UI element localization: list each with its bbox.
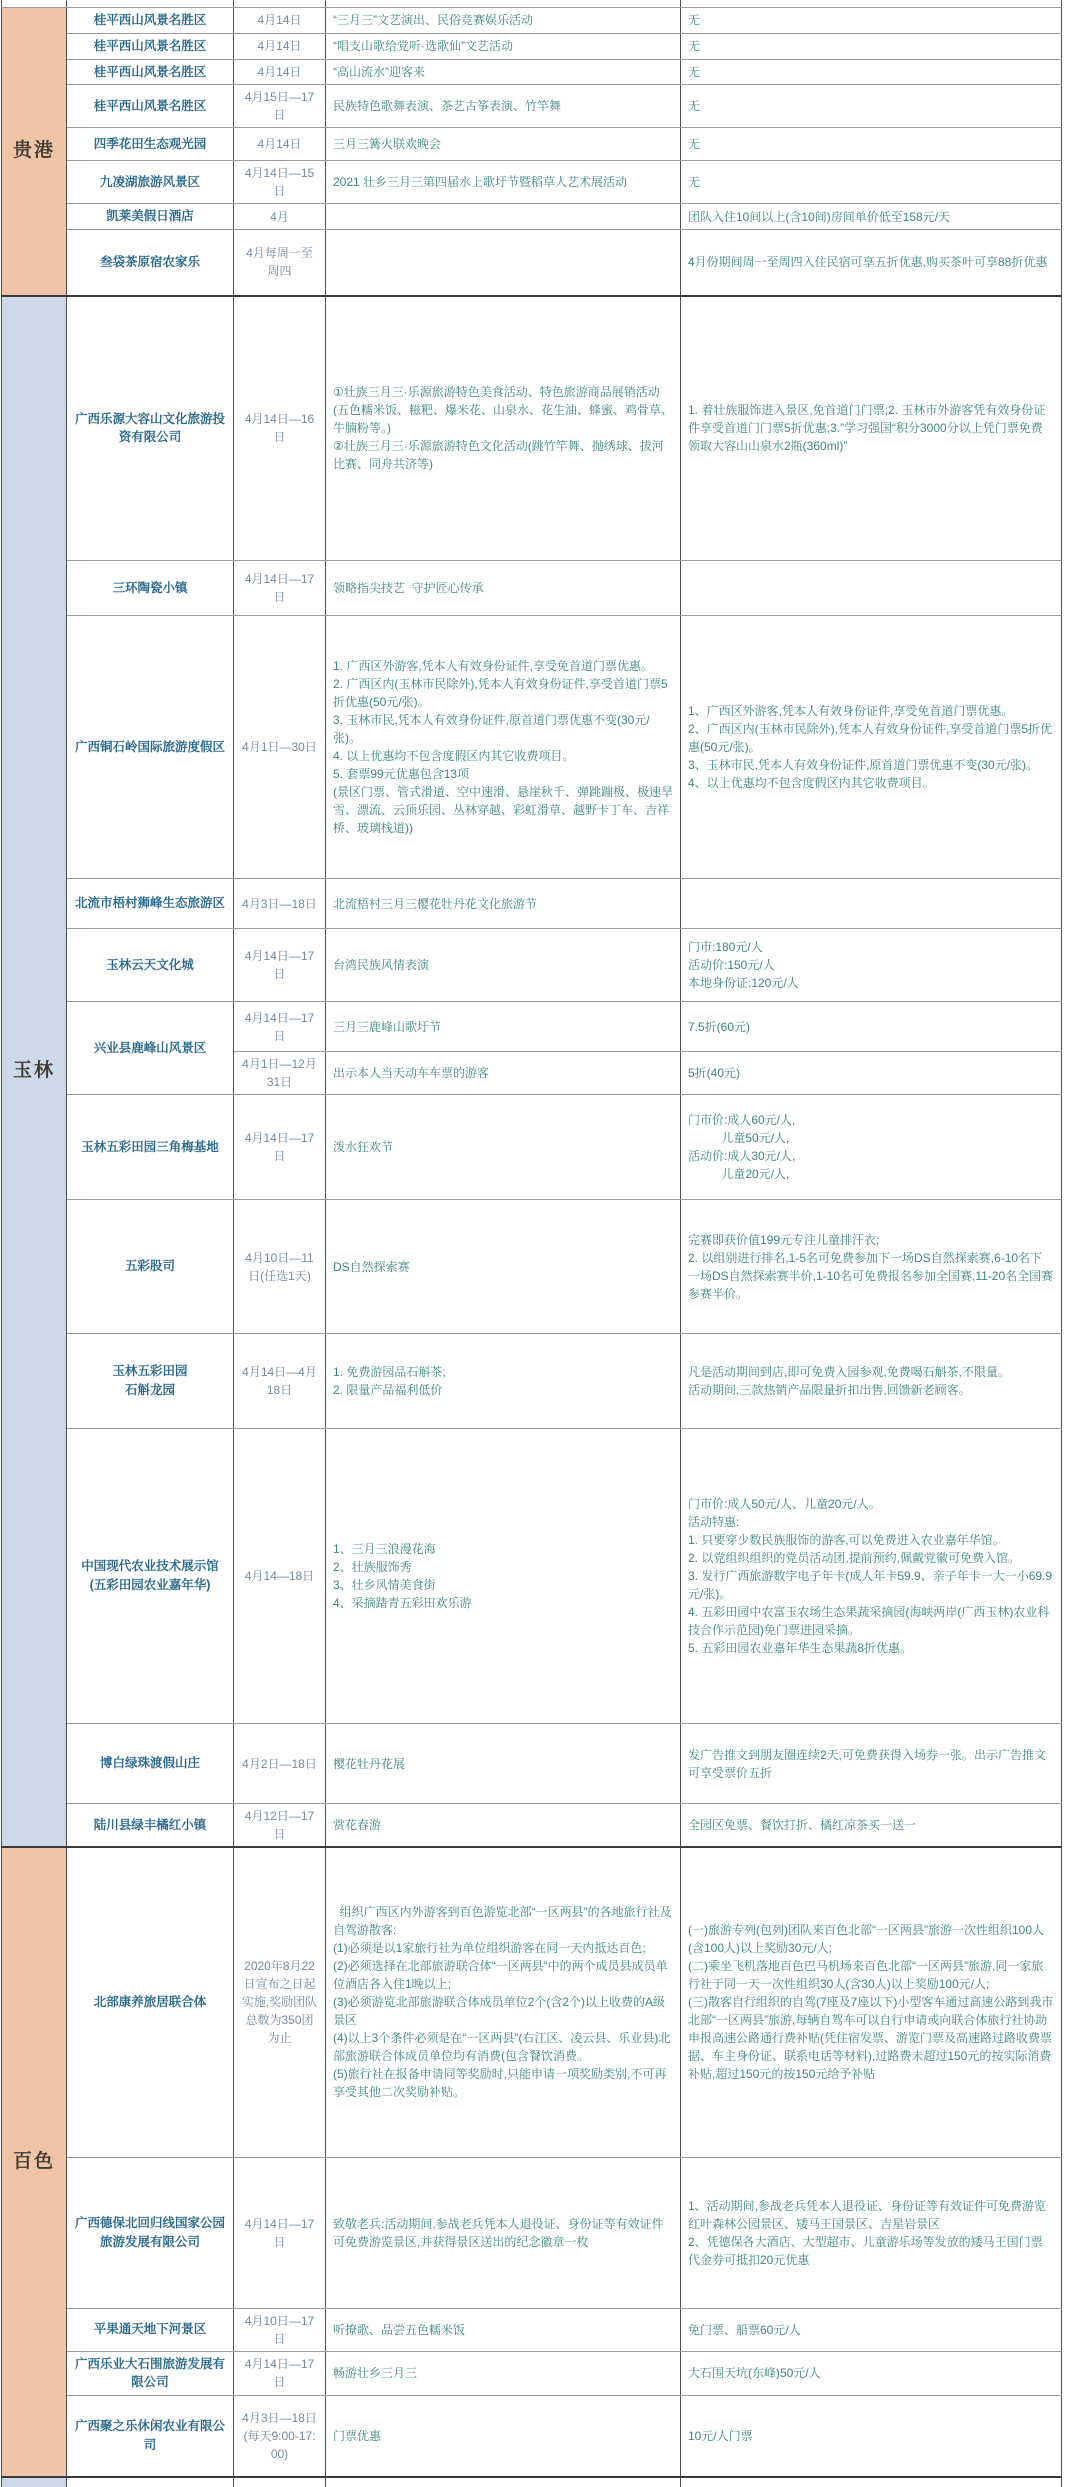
activity-cell: 北流梧村三月三樱花牡丹花文化旅游节 — [326, 879, 681, 929]
table-row: 博白绿珠渡假山庄 4月2日—18日 樱花牡丹花展 发广告推文到朋友圈连续2天,可… — [2, 1724, 1062, 1804]
date-cell: 4月1日—12月31日 — [234, 1052, 326, 1095]
offer-cell: 1、活动期间,参战老兵凭本人退役证、身份证等有效证件可免费游览红叶森林公园景区、… — [681, 2157, 1062, 2308]
offer-cell: 凡是活动期间到店,即可免费入园参观,免费喝石斛茶,不限量。 活动期间,三款热销产… — [681, 1334, 1062, 1429]
date-cell: 4月14日 — [234, 33, 326, 59]
offer-cell: 团队入住10间以上(含10间)房间单价低至158元/天 — [681, 204, 1062, 230]
activity-cell: 台湾民族风情表演 — [326, 929, 681, 1002]
offer-cell: 大石围天坑(东峰)50元/人 — [681, 2351, 1062, 2396]
date-cell: 4月每周一至周四 — [234, 230, 326, 296]
table-row: 北流市梧村狮峰生态旅游区 4月3日—18日 北流梧村三月三樱花牡丹花文化旅游节 — [2, 879, 1062, 929]
offer-cell: 全园区免票、餐饮打折、橘红凉茶买一送一 — [681, 1804, 1062, 1848]
activity-cell: 1、三月三浪漫花海 2、壮族服饰秀 3、壮乡风情美食街 4、采摘踏青五彩田欢乐游 — [326, 1429, 681, 1724]
table-row: 桂平西山风景名胜区 4月15日—17日 民族特色歌舞表演、茶艺古筝表演、竹竿舞 … — [2, 85, 1062, 128]
region-label-yulin: 玉林 — [2, 296, 67, 1848]
offer-cell: 10元/人门票 — [681, 2396, 1062, 2477]
date-cell: 4月14日—4月18日 — [234, 1334, 326, 1429]
spot-name: 广西乐源大容山文化旅游投资有限公司 — [67, 296, 234, 561]
activity-cell: “三月三”文艺演出、民俗竞赛娱乐活动 — [326, 8, 681, 34]
activity-cell — [326, 230, 681, 296]
partial-cell — [67, 2477, 234, 2487]
activity-cell: 1. 广西区外游客,凭本人有效身份证件,享受免首道门票优惠。 2. 广西区内(玉… — [326, 616, 681, 879]
activity-cell: 樱花牡丹花展 — [326, 1724, 681, 1804]
offer-cell: 门市价:成人50元/人、儿童20元/人。 活动特惠: 1. 只要穿少数民族服饰的… — [681, 1429, 1062, 1724]
spot-name: 三环陶瓷小镇 — [67, 561, 234, 616]
activity-cell: ①壮族三月三·乐源旅游特色美食活动、特色旅游商品展销活动(五色糯米饭、糍粑、爆米… — [326, 296, 681, 561]
date-cell: 4月10日—17日 — [234, 2308, 326, 2351]
spot-name: 桂平西山风景名胜区 — [67, 59, 234, 85]
promo-table-page: 贵港 桂平西山风景名胜区 4月14日 “三月三”文艺演出、民俗竞赛娱乐活动 无 … — [0, 0, 1080, 2487]
activity-cell: DS自然探索赛 — [326, 1200, 681, 1334]
partial-cell — [67, 0, 234, 8]
spot-name: 广西德保北回归线国家公园旅游发展有限公司 — [67, 2157, 234, 2308]
activity-cell: 门票优惠 — [326, 2396, 681, 2477]
date-cell: 4月14—18日 — [234, 1429, 326, 1724]
date-cell: 4月3日—18日(每天9:00-17:00) — [234, 2396, 326, 2477]
activity-cell: 三月三鹿峰山歌圩节 — [326, 1002, 681, 1052]
date-cell: 4月14日 — [234, 128, 326, 161]
table-row: 玉林云天文化城 4月14日—17日 台湾民族风情表演 门市:180元/人 活动价… — [2, 929, 1062, 1002]
region-label-baise: 百色 — [2, 1847, 67, 2477]
spot-name: 玉林云天文化城 — [67, 929, 234, 1002]
table-row: 玉林五彩田园 石斛龙园 4月14日—4月18日 1. 免费游园品石斛茶; 2. … — [2, 1334, 1062, 1429]
table-row: 兴业县鹿峰山风景区 4月14日—17日 三月三鹿峰山歌圩节 7.5折(60元) — [2, 1002, 1062, 1052]
partial-cell — [234, 2477, 326, 2487]
partial-row-top — [2, 0, 1062, 8]
partial-cell — [681, 0, 1062, 8]
offer-cell: 免门票、船票60元/人 — [681, 2308, 1062, 2351]
offer-cell: (一)旅游专列(包列)团队来百色北部“一区两县”旅游一次性组织100人(含100… — [681, 1847, 1062, 2157]
partial-cell — [681, 2477, 1062, 2487]
spot-name: 广西乐业大石围旅游发展有限公司 — [67, 2351, 234, 2396]
date-cell: 4月10日—11日(任选1天) — [234, 1200, 326, 1334]
offer-cell: 5折(40元) — [681, 1052, 1062, 1095]
table-row: 广西聚之乐休闲农业有限公司 4月3日—18日(每天9:00-17:00) 门票优… — [2, 2396, 1062, 2477]
table-row: 凯莱美假日酒店 4月 团队入住10间以上(含10间)房间单价低至158元/天 — [2, 204, 1062, 230]
table-row: 九凌湖旅游风景区 4月14日—15日 2021 壮乡三月三第四届水上歌圩节暨稻草… — [2, 161, 1062, 204]
date-cell: 2020年8月22日宣布之日起实施,奖励团队总数为350团为止 — [234, 1847, 326, 2157]
offer-cell: 无 — [681, 128, 1062, 161]
spot-name: 广西聚之乐休闲农业有限公司 — [67, 2396, 234, 2477]
table-row: 贵港 桂平西山风景名胜区 4月14日 “三月三”文艺演出、民俗竞赛娱乐活动 无 — [2, 8, 1062, 34]
activity-cell: 2021 壮乡三月三第四届水上歌圩节暨稻草人艺术展活动 — [326, 161, 681, 204]
spot-name: 桂平西山风景名胜区 — [67, 8, 234, 34]
offer-cell: 无 — [681, 59, 1062, 85]
date-cell: 4月12日—17日 — [234, 1804, 326, 1848]
partial-cell — [326, 0, 681, 8]
date-cell: 4月1日—30日 — [234, 616, 326, 879]
spot-name: 桂平西山风景名胜区 — [67, 85, 234, 128]
spot-name: 五彩股司 — [67, 1200, 234, 1334]
date-cell: 4月3日—18日 — [234, 879, 326, 929]
spot-name: 九凌湖旅游风景区 — [67, 161, 234, 204]
activity-cell: 泼水狂欢节 — [326, 1095, 681, 1200]
offer-cell: 完赛即获价值199元专注儿童排汗衣; 2. 以组别进行排名,1-5名可免费参加下… — [681, 1200, 1062, 1334]
table-row: 玉林五彩田园三角梅基地 4月14日—17日 泼水狂欢节 门市价:成人60元/人,… — [2, 1095, 1062, 1200]
offer-cell: 1、广西区外游客,凭本人有效身份证件,享受免首道门票优惠。 2、广西区内(玉林市… — [681, 616, 1062, 879]
offer-cell: 门市:180元/人 活动价:150元/人 本地身份证:120元/人 — [681, 929, 1062, 1002]
table-row: 中国现代农业技术展示馆(五彩田园农业嘉年华) 4月14—18日 1、三月三浪漫花… — [2, 1429, 1062, 1724]
activity-cell: 领略指尖技艺 守护匠心传承 — [326, 561, 681, 616]
offer-cell: 无 — [681, 8, 1062, 34]
activity-cell: 畅游壮乡三月三 — [326, 2351, 681, 2396]
table-row: 广西乐业大石围旅游发展有限公司 4月14日—17日 畅游壮乡三月三 大石围天坑(… — [2, 2351, 1062, 2396]
date-cell: 4月15日—17日 — [234, 85, 326, 128]
date-cell: 4月 — [234, 204, 326, 230]
offer-cell: 门市价:成人60元/人, 儿童50元/人, 活动价:成人30元/人, 儿童20元… — [681, 1095, 1062, 1200]
partial-cell — [326, 2477, 681, 2487]
offer-cell — [681, 561, 1062, 616]
table-row: 四季花田生态观光园 4月14日 三月三篝火联欢晚会 无 — [2, 128, 1062, 161]
activity-cell: 出示本人当天动车车票的游客 — [326, 1052, 681, 1095]
spot-name: 凯莱美假日酒店 — [67, 204, 234, 230]
table-row: 桂平西山风景名胜区 4月14日 “高山流水”迎客来 无 — [2, 59, 1062, 85]
date-cell: 4月14日—17日 — [234, 1095, 326, 1200]
offer-cell: 发广告推文到朋友圈连续2天,可免费获得入场券一张。出示广告推文可享受票价五折 — [681, 1724, 1062, 1804]
table-row: 桂平西山风景名胜区 4月14日 “唱支山歌给党听·选歌仙”文艺活动 无 — [2, 33, 1062, 59]
table-row: 叁袋茶原宿农家乐 4月每周一至周四 4月份期间周一至周四入住民宿可享五折优惠,购… — [2, 230, 1062, 296]
activity-cell: “高山流水”迎客来 — [326, 59, 681, 85]
spot-name: 桂平西山风景名胜区 — [67, 33, 234, 59]
spot-name: 四季花田生态观光园 — [67, 128, 234, 161]
date-cell: 4月14日—15日 — [234, 161, 326, 204]
partial-row-bottom — [2, 2477, 1062, 2487]
date-cell: 4月14日—17日 — [234, 929, 326, 1002]
table-row: 陆川县绿丰橘红小镇 4月12日—17日 赏花春游 全园区免票、餐饮打折、橘红凉茶… — [2, 1804, 1062, 1848]
spot-name: 玉林五彩田园 石斛龙园 — [67, 1334, 234, 1429]
date-cell: 4月14日 — [234, 8, 326, 34]
offer-cell: 无 — [681, 161, 1062, 204]
date-cell: 4月14日—16日 — [234, 296, 326, 561]
activity-cell: 民族特色歌舞表演、茶艺古筝表演、竹竿舞 — [326, 85, 681, 128]
region-label-guigang: 贵港 — [2, 8, 67, 296]
table-row: 玉林 广西乐源大容山文化旅游投资有限公司 4月14日—16日 ①壮族三月三·乐源… — [2, 296, 1062, 561]
spot-name: 广西铜石岭国际旅游度假区 — [67, 616, 234, 879]
partial-cell — [2, 2477, 67, 2487]
table-row: 广西德保北回归线国家公园旅游发展有限公司 4月14日—17日 致敬老兵:活动期间… — [2, 2157, 1062, 2308]
date-cell: 4月14日 — [234, 59, 326, 85]
spot-name: 中国现代农业技术展示馆(五彩田园农业嘉年华) — [67, 1429, 234, 1724]
partial-cell — [2, 0, 67, 8]
spot-name: 叁袋茶原宿农家乐 — [67, 230, 234, 296]
activity-cell — [326, 204, 681, 230]
table-row: 百色 北部康养旅居联合体 2020年8月22日宣布之日起实施,奖励团队总数为35… — [2, 1847, 1062, 2157]
spot-name: 平果通天地下河景区 — [67, 2308, 234, 2351]
table-row: 平果通天地下河景区 4月10日—17日 听撩歌、品尝五色糯米饭 免门票、船票60… — [2, 2308, 1062, 2351]
table-row: 五彩股司 4月10日—11日(任选1天) DS自然探索赛 完赛即获价值199元专… — [2, 1200, 1062, 1334]
offer-cell — [681, 879, 1062, 929]
offer-cell: 无 — [681, 85, 1062, 128]
offer-cell: 7.5折(60元) — [681, 1002, 1062, 1052]
offer-cell: 1. 着壮族服饰进入景区,免首道门门票;2. 玉林市外游客凭有效身份证件享受首道… — [681, 296, 1062, 561]
activity-cell: 致敬老兵:活动期间,参战老兵凭本人退役证、身份证等有效证件可免费游览景区,并获得… — [326, 2157, 681, 2308]
activity-cell: “唱支山歌给党听·选歌仙”文艺活动 — [326, 33, 681, 59]
activity-cell: 赏花春游 — [326, 1804, 681, 1848]
partial-cell — [234, 0, 326, 8]
table-row: 三环陶瓷小镇 4月14日—17日 领略指尖技艺 守护匠心传承 — [2, 561, 1062, 616]
activity-cell: 听撩歌、品尝五色糯米饭 — [326, 2308, 681, 2351]
table-row: 广西铜石岭国际旅游度假区 4月1日—30日 1. 广西区外游客,凭本人有效身份证… — [2, 616, 1062, 879]
tourism-promotions-table: 贵港 桂平西山风景名胜区 4月14日 “三月三”文艺演出、民俗竞赛娱乐活动 无 … — [1, 0, 1062, 2487]
spot-name: 陆川县绿丰橘红小镇 — [67, 1804, 234, 1848]
activity-cell: 组织广西区内外游客到百色游览北部“一区两县”的各地旅行社及自驾游散客: (1)必… — [326, 1847, 681, 2157]
date-cell: 4月14日—17日 — [234, 2157, 326, 2308]
activity-cell: 1. 免费游园品石斛茶; 2. 限量产品福利低价 — [326, 1334, 681, 1429]
spot-name: 玉林五彩田园三角梅基地 — [67, 1095, 234, 1200]
spot-name: 兴业县鹿峰山风景区 — [67, 1002, 234, 1095]
date-cell: 4月2日—18日 — [234, 1724, 326, 1804]
date-cell: 4月14日—17日 — [234, 1002, 326, 1052]
offer-cell: 无 — [681, 33, 1062, 59]
offer-cell: 4月份期间周一至周四入住民宿可享五折优惠,购买茶叶可享88折优惠 — [681, 230, 1062, 296]
spot-name: 北流市梧村狮峰生态旅游区 — [67, 879, 234, 929]
spot-name: 博白绿珠渡假山庄 — [67, 1724, 234, 1804]
spot-name: 北部康养旅居联合体 — [67, 1847, 234, 2157]
date-cell: 4月14日—17日 — [234, 2351, 326, 2396]
activity-cell: 三月三篝火联欢晚会 — [326, 128, 681, 161]
date-cell: 4月14日—17日 — [234, 561, 326, 616]
